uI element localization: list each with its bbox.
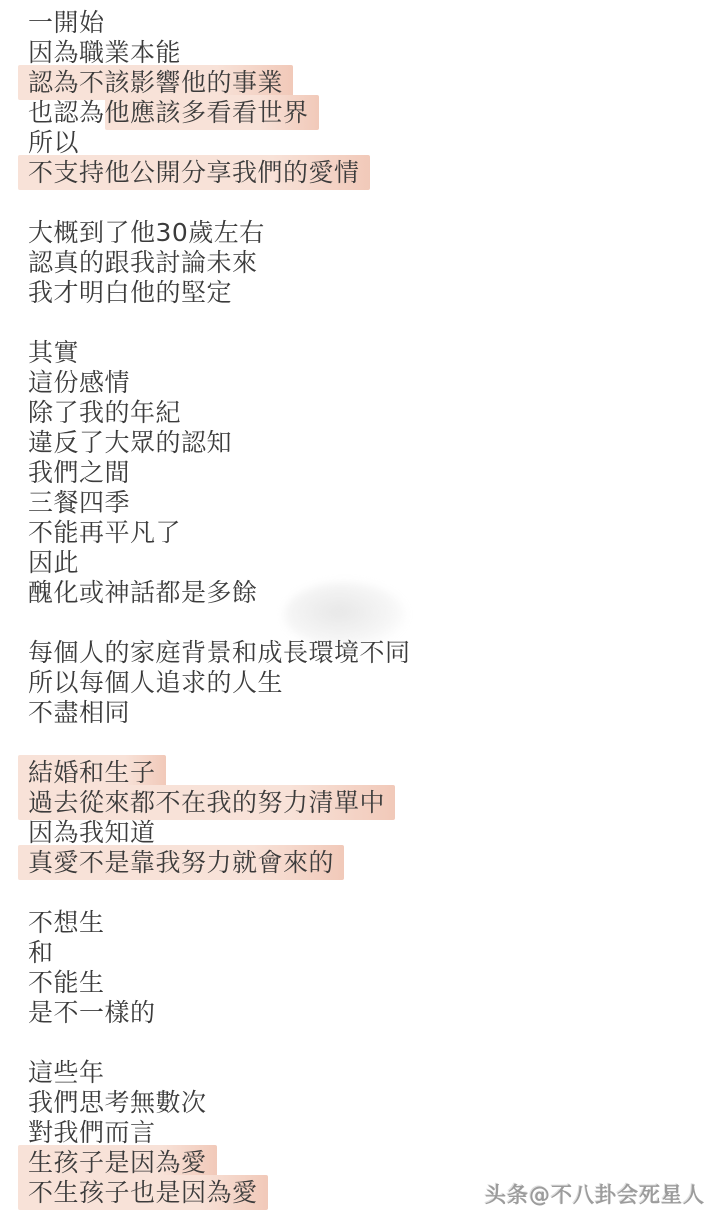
text-line: 生孩子是因為愛: [28, 1148, 714, 1178]
text-line: 過去從來都不在我的努力清單中: [28, 788, 714, 818]
text-line: 認真的跟我討論未來: [28, 248, 714, 278]
text-line: 因為我知道: [28, 818, 714, 848]
text-line: 違反了大眾的認知: [28, 428, 714, 458]
text-line: 三餐四季: [28, 488, 714, 518]
blank-line: [28, 1028, 714, 1058]
blank-line: [28, 608, 714, 638]
plain-text: 因此: [28, 548, 79, 577]
text-line: 我們之間: [28, 458, 714, 488]
text-line: 真愛不是靠我努力就會來的: [28, 848, 714, 878]
text-line: 我們思考無數次: [28, 1088, 714, 1118]
plain-text: 不盡相同: [28, 698, 130, 727]
text-line: 大概到了他30歲左右: [28, 218, 714, 248]
plain-text: 醜化或神話都是多餘: [28, 578, 258, 607]
text-line: 我才明白他的堅定: [28, 278, 714, 308]
plain-text: 大概到了他30歲左右: [28, 218, 265, 247]
text-line: 不想生: [28, 908, 714, 938]
text-line: 對我們而言: [28, 1118, 714, 1148]
poem-text-block: 一開始因為職業本能認為不該影響他的事業也認為他應該多看看世界所以不支持他公開分享…: [28, 8, 714, 1208]
plain-text: 和: [28, 938, 54, 967]
plain-text: 對我們而言: [28, 1118, 156, 1147]
blank-line: [28, 878, 714, 908]
plain-text: 這些年: [28, 1058, 105, 1087]
plain-text: 所以每個人追求的人生: [28, 668, 283, 697]
toutiao-author-watermark: 头条@不八卦会死星人: [485, 1179, 705, 1209]
plain-text: 是不一樣的: [28, 998, 156, 1027]
plain-text: 這份感情: [28, 368, 130, 397]
text-line: 所以: [28, 128, 714, 158]
text-line: 不能生: [28, 968, 714, 998]
plain-text: 除了我的年紀: [28, 398, 181, 427]
plain-text: 其實: [28, 338, 79, 367]
text-line: 這些年: [28, 1058, 714, 1088]
post-screenshot: 一開始因為職業本能認為不該影響他的事業也認為他應該多看看世界所以不支持他公開分享…: [0, 0, 720, 1220]
text-line: 結婚和生子: [28, 758, 714, 788]
plain-text: 我們之間: [28, 458, 130, 487]
text-line: 不支持他公開分享我們的愛情: [28, 158, 714, 188]
highlighted-text: 不生孩子也是因為愛: [18, 1175, 268, 1210]
text-line: 每個人的家庭背景和成長環境不同: [28, 638, 714, 668]
text-line: 因此: [28, 548, 714, 578]
plain-text: 不想生: [28, 908, 105, 937]
text-line: 和: [28, 938, 714, 968]
highlighted-text: 真愛不是靠我努力就會來的: [18, 845, 344, 880]
highlighted-text: 不支持他公開分享我們的愛情: [18, 155, 370, 190]
highlighted-text: 過去從來都不在我的努力清單中: [18, 785, 395, 820]
text-line: 也認為他應該多看看世界: [28, 98, 714, 128]
plain-text: 因為職業本能: [28, 38, 181, 67]
plain-text: 不能再平凡了: [28, 518, 181, 547]
text-line: 是不一樣的: [28, 998, 714, 1028]
text-line: 不盡相同: [28, 698, 714, 728]
text-line: 其實: [28, 338, 714, 368]
text-line: 這份感情: [28, 368, 714, 398]
plain-text: 每個人的家庭背景和成長環境不同: [28, 638, 411, 667]
text-line: 所以每個人追求的人生: [28, 668, 714, 698]
text-line: 一開始: [28, 8, 714, 38]
plain-text: 三餐四季: [28, 488, 130, 517]
blank-line: [28, 728, 714, 758]
plain-text: 一開始: [28, 8, 105, 37]
plain-text: 違反了大眾的認知: [28, 428, 232, 457]
text-line: 除了我的年紀: [28, 398, 714, 428]
plain-text: 我們思考無數次: [28, 1088, 207, 1117]
text-line: 不能再平凡了: [28, 518, 714, 548]
plain-text: 也認為: [28, 98, 105, 127]
plain-text: 不能生: [28, 968, 105, 997]
text-line: 認為不該影響他的事業: [28, 68, 714, 98]
text-line: 因為職業本能: [28, 38, 714, 68]
blank-line: [28, 308, 714, 338]
plain-text: 認真的跟我討論未來: [28, 248, 258, 277]
plain-text: 我才明白他的堅定: [28, 278, 232, 307]
highlighted-text: 他應該多看看世界: [105, 95, 319, 130]
blank-line: [28, 188, 714, 218]
text-line: 醜化或神話都是多餘: [28, 578, 714, 608]
plain-text: 因為我知道: [28, 818, 156, 847]
plain-text: 所以: [28, 128, 79, 157]
